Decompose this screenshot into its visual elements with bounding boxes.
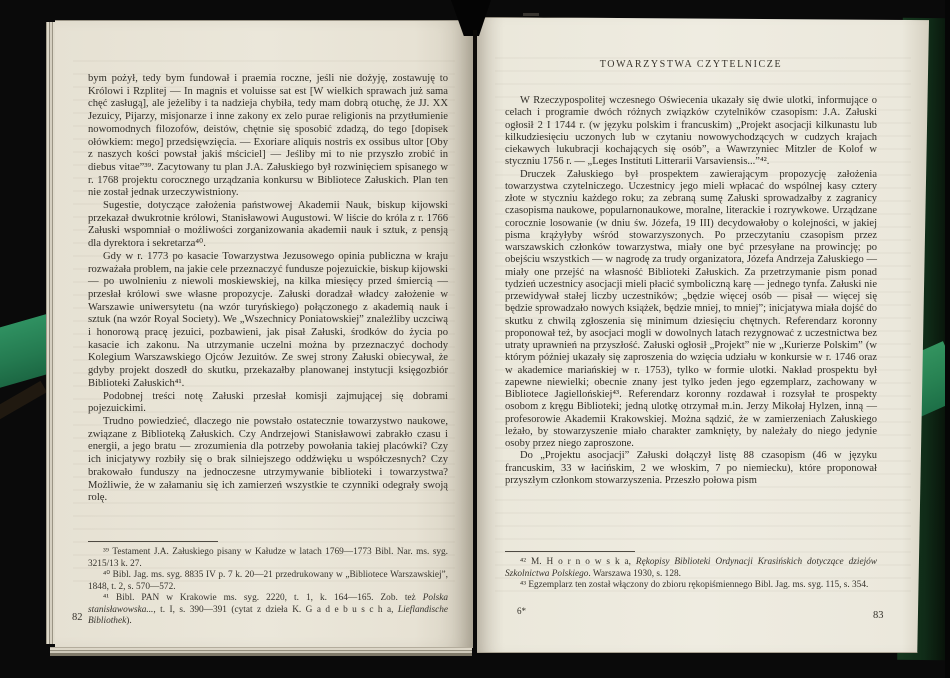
page-number: 82 [72, 612, 83, 623]
body-paragraph: Sugestie, dotyczące założenia państwowej… [88, 200, 448, 251]
body-paragraph: Do „Projektu asocjacji” Załuski dołączył… [505, 450, 877, 487]
footnote: ³⁹ Testament J.A. Załuskiego pisany w Ka… [88, 547, 448, 570]
right-text-column: W Rzeczypospolitej wczesnego Oświecenia … [505, 95, 877, 487]
book-cover-dark-stripe-left [0, 381, 47, 424]
page-edge-stack-bottom [50, 647, 472, 656]
footnote: ⁴² M. H o r n o w s k a, Rękopisy Biblio… [505, 557, 877, 580]
book-scan-photo: bym pożył, tedy bym fundował i praemia r… [0, 0, 950, 678]
footnote-rule [88, 541, 218, 542]
footnote-text: . Warszawa 1930, s. 128. [588, 569, 681, 579]
book-page-left: bym pożył, tedy bym fundował i praemia r… [55, 20, 473, 648]
body-paragraph: Gdy w r. 1773 po kasacie Towarzystwa Jez… [88, 251, 448, 391]
gutter-seam-shadow [473, 30, 477, 100]
body-paragraph: Trudno powiedzieć, dlaczego nie powstało… [88, 416, 448, 505]
left-text-column: bym pożył, tedy bym fundował i praemia r… [88, 73, 448, 505]
footnote: ⁴¹ Bibl. PAN w Krakowie ms. syg. 2220, t… [88, 593, 448, 628]
footnote-text: ). [126, 616, 131, 626]
body-paragraph: Podobnej treści notę Załuski przesłał ko… [88, 391, 448, 416]
footnote-text: ⁴¹ Bibl. PAN w Krakowie ms. syg. 2220, t… [103, 593, 423, 603]
body-paragraph: bym pożył, tedy bym fundował i praemia r… [88, 73, 448, 200]
running-head: TOWARZYSTWA CZYTELNICZE [505, 59, 877, 70]
footnote: ⁴⁰ Bibl. Jag. ms. syg. 8835 IV p. 7 k. 2… [88, 570, 448, 593]
footnote: ⁴³ Egzemplarz ten został włączony do zbi… [505, 580, 877, 592]
body-paragraph: Druczek Załuskiego był prospektem zawier… [505, 169, 877, 451]
scan-edge-right [945, 0, 950, 678]
body-paragraph: W Rzeczypospolitej wczesnego Oświecenia … [505, 95, 877, 169]
footnotes-right: ⁴² M. H o r n o w s k a, Rękopisy Biblio… [505, 551, 877, 592]
footnotes-left: ³⁹ Testament J.A. Załuskiego pisany w Ka… [88, 541, 448, 628]
footnote-rule [505, 551, 635, 552]
page-number: 83 [873, 610, 884, 621]
book-page-right: TOWARZYSTWA CZYTELNICZE W Rzeczypospolit… [477, 17, 929, 653]
page-edge-mark [523, 13, 539, 16]
signature-mark: 6* [517, 606, 526, 616]
footnote-text: , t. I, s. 390—391 (cytat z dzieła K. G … [153, 605, 398, 615]
footnote-text: ⁴² M. H o r n o w s k a, [520, 557, 636, 567]
